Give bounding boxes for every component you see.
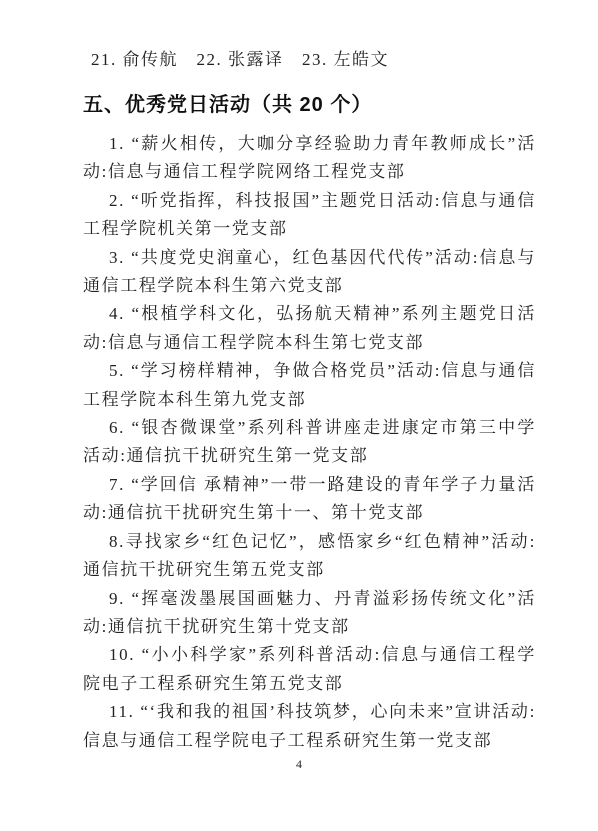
page-number: 4 [0, 757, 598, 772]
activity-list: 1. “薪火相传，大咖分享经验助力青年教师成长”活动:信息与通信工程学院网络工程… [83, 130, 536, 755]
activity-item: 3. “共度党史润童心，红色基因代代传”活动:信息与通信工程学院本科生第六党支部 [83, 244, 536, 301]
document-page: 21. 俞传航 22. 张露译 23. 左皓文 五、优秀党日活动（共 20 个）… [0, 0, 598, 831]
activity-item: 1. “薪火相传，大咖分享经验助力青年教师成长”活动:信息与通信工程学院网络工程… [83, 130, 536, 187]
activity-item: 6. “银杏微课堂”系列科普讲座走进康定市第三中学活动:通信抗干扰研究生第一党支… [83, 414, 536, 471]
activity-item: 4. “根植学科文化，弘扬航天精神”系列主题党日活动:信息与通信工程学院本科生第… [83, 300, 536, 357]
activity-item: 2. “听党指挥，科技报国”主题党日活动:信息与通信工程学院机关第一党支部 [83, 187, 536, 244]
awardee-names-line: 21. 俞传航 22. 张露译 23. 左皓文 [91, 46, 536, 74]
section-heading: 五、优秀党日活动（共 20 个） [83, 90, 536, 120]
activity-item: 9. “挥毫泼墨展国画魅力、丹青溢彩扬传统文化”活动:通信抗干扰研究生第十党支部 [83, 585, 536, 642]
activity-item: 10. “小小科学家”系列科普活动:信息与通信工程学院电子工程系研究生第五党支部 [83, 641, 536, 698]
activity-item: 8.寻找家乡“红色记忆”，感悟家乡“红色精神”活动:通信抗干扰研究生第五党支部 [83, 528, 536, 585]
activity-item: 5. “学习榜样精神，争做合格党员”活动:信息与通信工程学院本科生第九党支部 [83, 357, 536, 414]
activity-item: 7. “学回信 承精神”一带一路建设的青年学子力量活动:通信抗干扰研究生第十一、… [83, 471, 536, 528]
activity-item: 11. “‘我和我的祖国’科技筑梦，心向未来”宣讲活动:信息与通信工程学院电子工… [83, 698, 536, 755]
